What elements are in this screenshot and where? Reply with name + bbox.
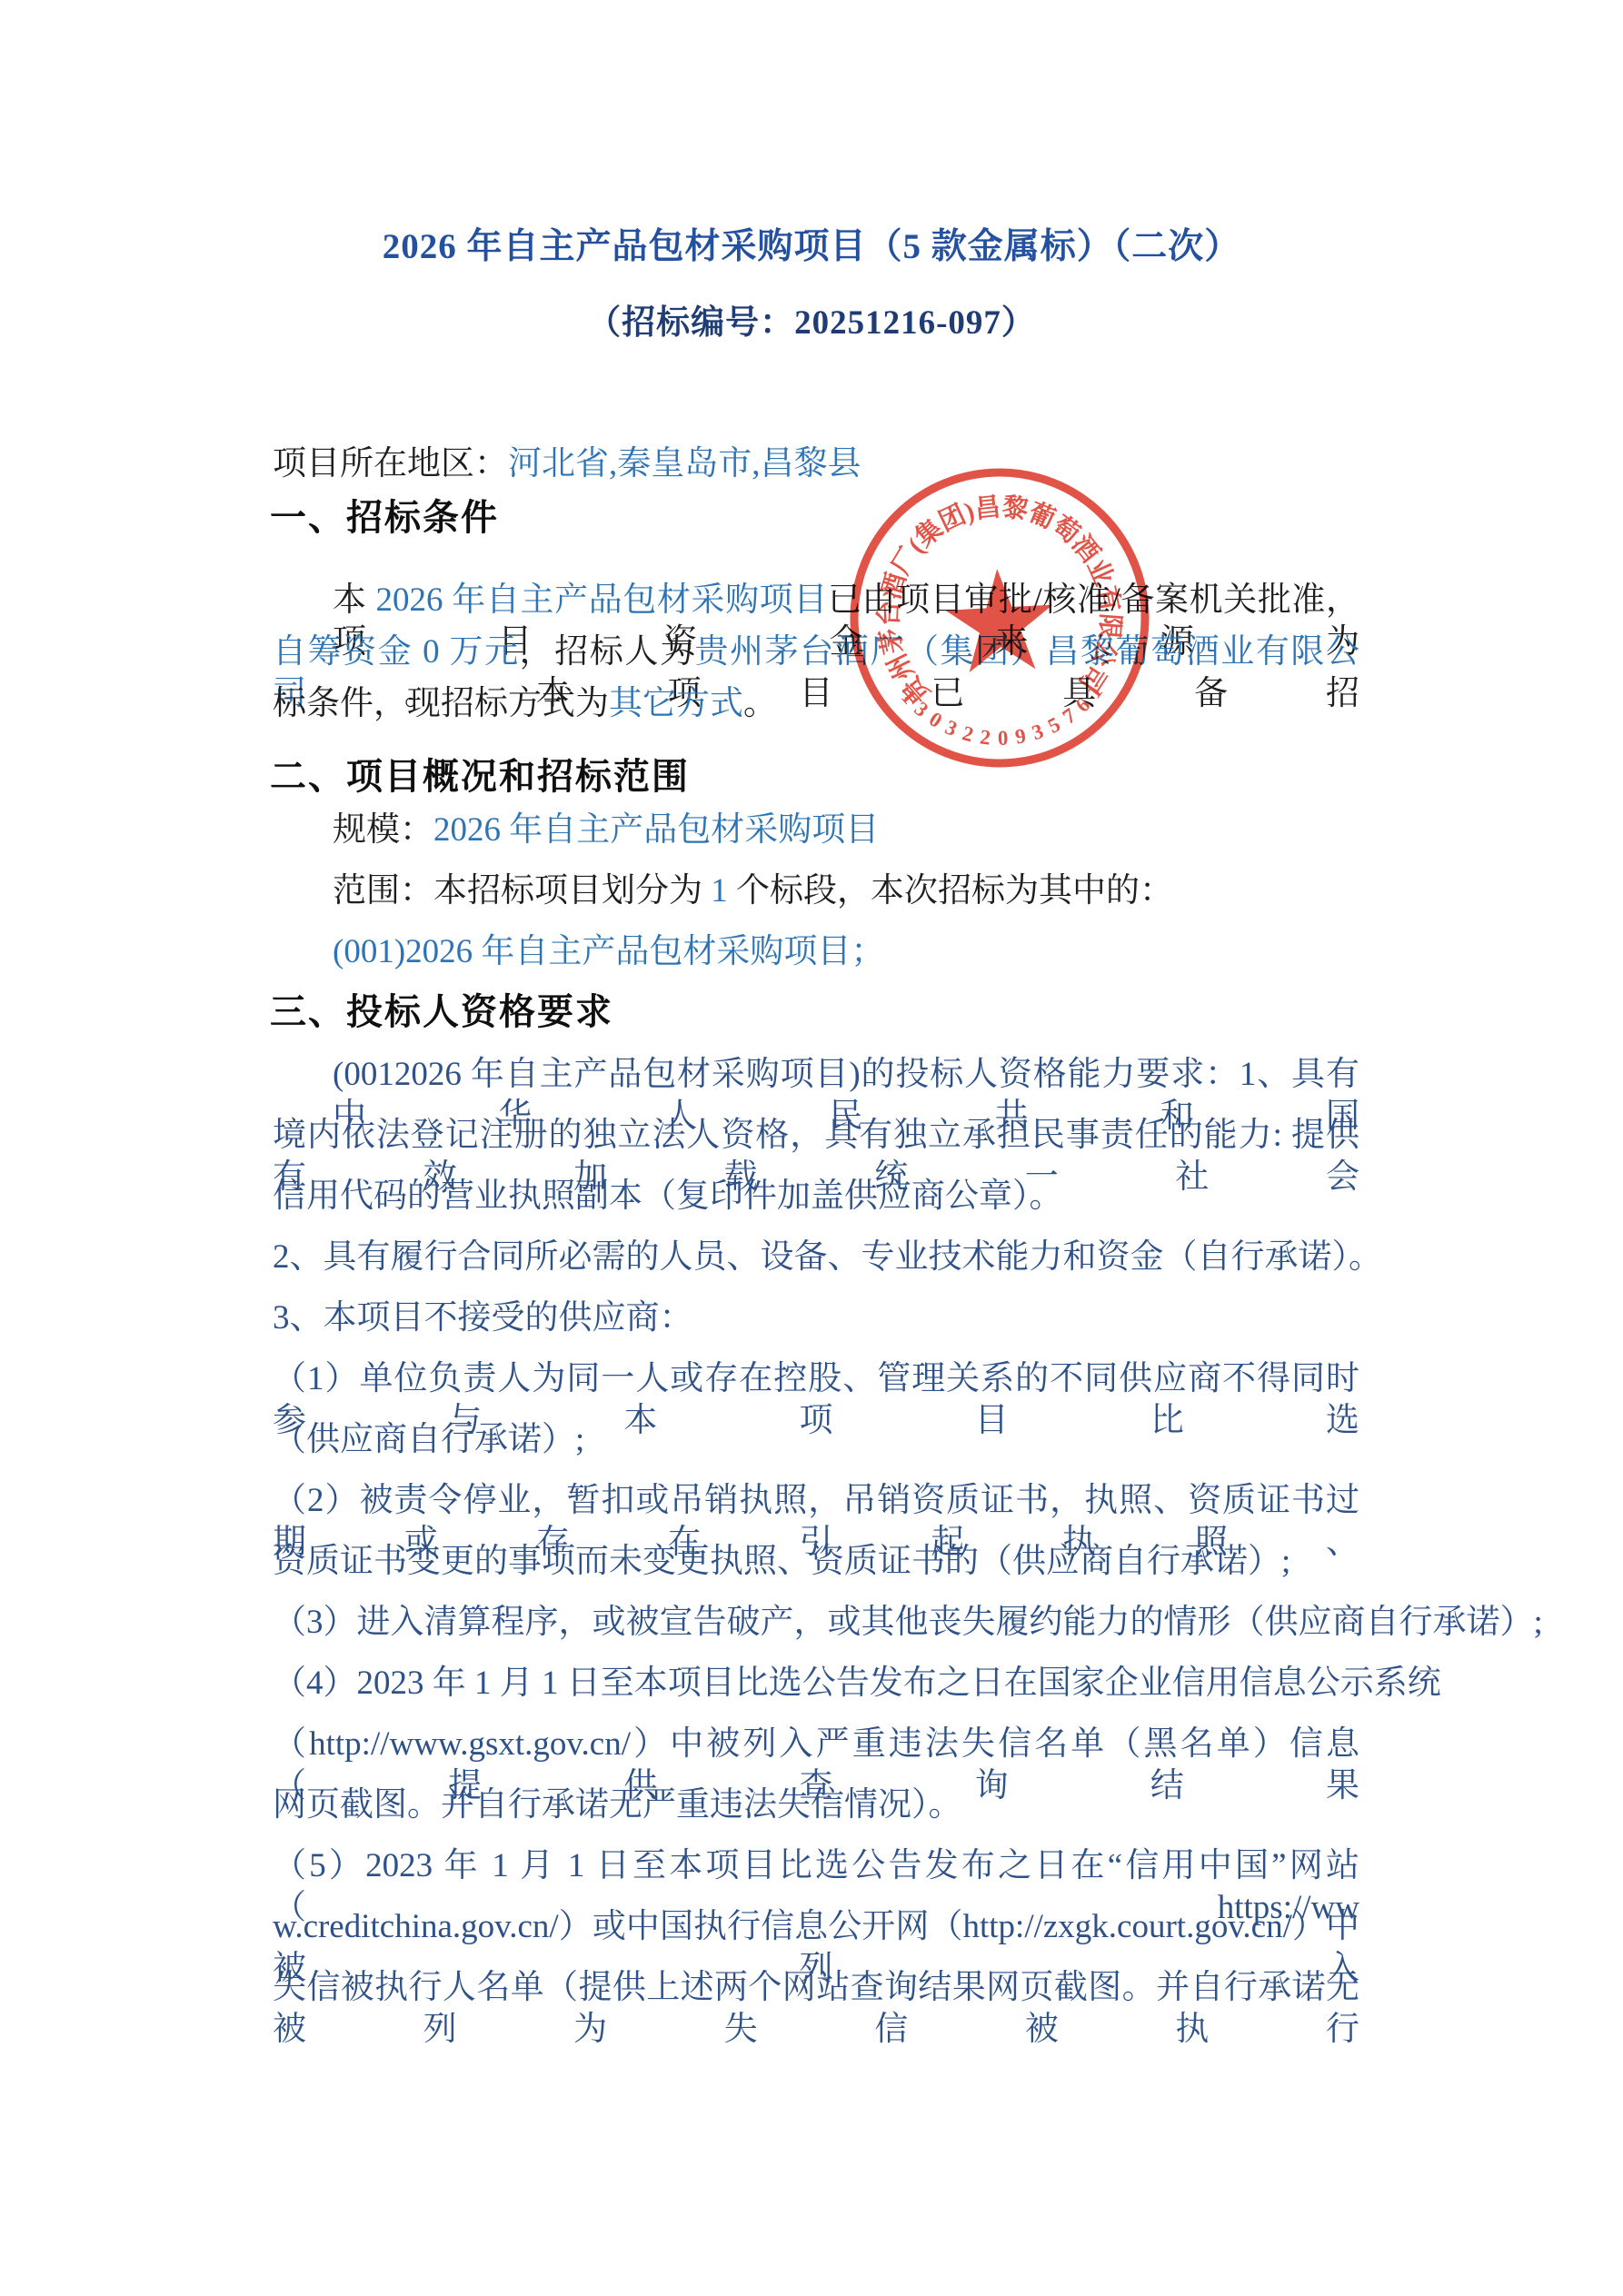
text-segment: 信用代码的营业执照副本（复印件加盖供应商公章）。	[273, 1178, 1063, 1215]
excluded-supplier-line-4a: （4）2023 年 1 月 1 日至本项目比选公告发布之日在国家企业信用信息公示…	[273, 1663, 1359, 1705]
section-heading-3: 三、投标人资格要求	[270, 990, 1357, 1034]
text-segment: （4）2023 年 1 月 1 日至本项目比选公告发布之日在国家企业信用信息公示…	[273, 1665, 1441, 1702]
text-segment: （供应商自行承诺）;	[273, 1421, 584, 1458]
text-segment: 项目所在地区：	[273, 445, 508, 482]
excluded-supplier-line-5c: 失信被执行人名单（提供上述两个网站查询结果网页截图。并自行承诺无被列为失信被执行	[273, 1967, 1359, 2051]
qualification-line-4: 2、具有履行合同所必需的人员、设备、专业技术能力和资金（自行承诺）。	[273, 1237, 1359, 1278]
excluded-supplier-line-1b: （供应商自行承诺）;	[273, 1419, 1359, 1461]
text-segment: （3）进入清算程序，或被宣告破产，或其他丧失履约能力的情形（供应商自行承诺）;	[273, 1604, 1543, 1641]
text-segment: 1	[711, 872, 728, 909]
text-segment: 自筹资金 0 万元	[273, 633, 520, 671]
excluded-supplier-line-2b: 资质证书变更的事项而未变更执照、资质证书的（供应商自行承诺）;	[273, 1541, 1359, 1583]
text-segment: 本	[333, 581, 375, 619]
text-segment: 其它方式	[609, 685, 743, 722]
text-segment: 资质证书变更的事项而未变更执照、资质证书的（供应商自行承诺）;	[273, 1543, 1290, 1580]
section-heading-2: 二、项目概况和招标范围	[270, 755, 1357, 799]
excluded-supplier-line-4c: 网页截图。并自行承诺无严重违法失信情况）。	[273, 1784, 1359, 1826]
document-page: 2026 年自主产品包材采购项目（5 款金属标）（二次） （招标编号：20251…	[0, 0, 1623, 2296]
text-segment: 网页截图。并自行承诺无严重违法失信情况）。	[273, 1786, 962, 1824]
excluded-supplier-line-3: （3）进入清算程序，或被宣告破产，或其他丧失履约能力的情形（供应商自行承诺）;	[273, 1602, 1359, 1644]
text-segment: ，招标人为	[520, 633, 695, 671]
text-segment: 3、本项目不接受的供应商：	[273, 1299, 693, 1337]
qualification-line-5: 3、本项目不接受的供应商：	[273, 1297, 1359, 1339]
qualification-line-3: 信用代码的营业执照副本（复印件加盖供应商公章）。	[273, 1176, 1359, 1218]
text-segment: 。	[743, 685, 777, 722]
text-segment: 失信被执行人名单（提供上述两个网站查询结果网页截图。并自行承诺无被列为失信被执行	[273, 1969, 1359, 2048]
text-segment: 2026 年自主产品包材采购项目	[433, 811, 879, 849]
text-segment: 标条件，现招标方式为	[273, 685, 609, 722]
document-subtitle: （招标编号：20251216-097）	[0, 294, 1623, 343]
document-title: 2026 年自主产品包材采购项目（5 款金属标）（二次）	[0, 218, 1623, 269]
text-segment: 个标段，本次招标为其中的：	[728, 872, 1173, 909]
text-segment: 2026 年自主产品包材采购项目	[375, 581, 827, 619]
project-scale-line: 规模：2026 年自主产品包材采购项目	[273, 810, 1359, 851]
project-scope-line: 范围：本招标项目划分为 1 个标段，本次招标为其中的：	[273, 870, 1359, 912]
text-segment: 2、具有履行合同所必需的人员、设备、专业技术能力和资金（自行承诺）。	[273, 1238, 1382, 1276]
section-heading-1: 一、招标条件	[270, 496, 1357, 540]
bid-section-line: (001)2026 年自主产品包材采购项目；	[273, 931, 1359, 973]
project-location-line: 项目所在地区：河北省,秦皇岛市,昌黎县	[273, 443, 1359, 485]
tender-conditions-line-3: 标条件，现招标方式为其它方式。	[273, 683, 1359, 725]
text-segment: 河北省,秦皇岛市,昌黎县	[508, 445, 861, 482]
text-segment: 规模：	[333, 811, 433, 849]
text-segment: (001)2026 年自主产品包材采购项目；	[333, 933, 884, 970]
text-segment: 范围：本招标项目划分为	[333, 872, 711, 909]
